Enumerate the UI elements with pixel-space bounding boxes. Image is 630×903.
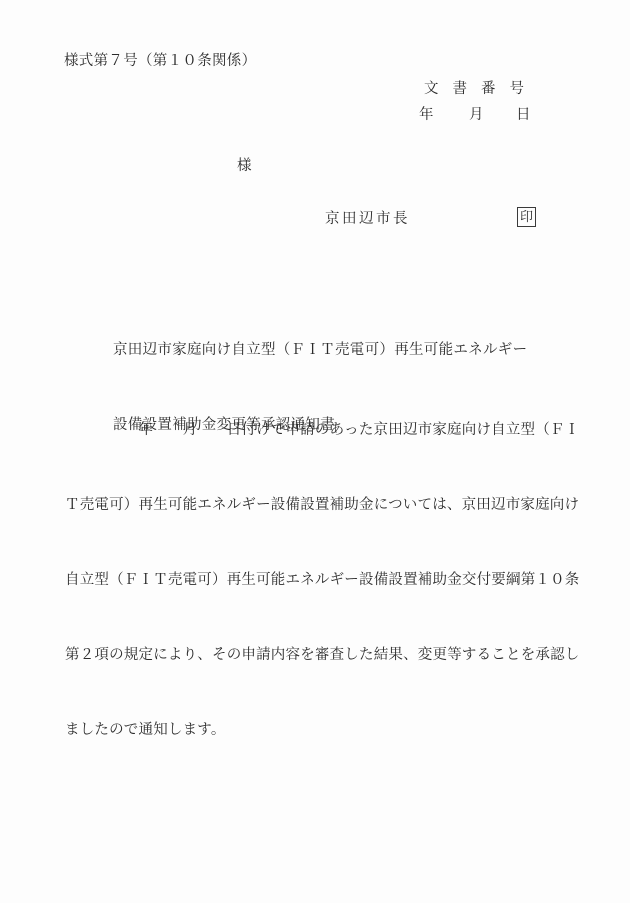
document-body: 年 月 日付けで申請のあった京田辺市家庭向け自立型（ＦＩ Ｔ売電可）再生可能エネ… <box>65 368 577 793</box>
date-line: 年 月 日 <box>419 106 549 196</box>
seal-mark: 印 <box>517 207 536 227</box>
date-month-label: 月 <box>469 106 484 124</box>
addressee-suffix: 様 <box>237 157 252 175</box>
body-line-5: ましたので通知します。 <box>65 718 577 743</box>
body-line-1: 年 月 日付けで申請のあった京田辺市家庭向け自立型（ＦＩ <box>65 418 577 443</box>
body-line-2: Ｔ売電可）再生可能エネルギー設備設置補助金については、京田辺市家庭向け <box>65 493 577 518</box>
sender-name: 京田辺市長 <box>325 210 410 228</box>
body-line-4: 第２項の規定により、その申請内容を審査した結果、変更等することを承認し <box>65 643 577 668</box>
document-title-line-1: 京田辺市家庭向け自立型（ＦＩＴ売電可）再生可能エネルギー <box>113 338 527 363</box>
body-line-3: 自立型（ＦＩＴ売電可）再生可能エネルギー設備設置補助金交付要綱第１０条 <box>65 568 577 593</box>
document-page: 様式第７号（第１０条関係） 文書番号 年 月 日 様 京田辺市長 印 京田辺市家… <box>0 0 630 903</box>
date-day-label: 日 <box>516 106 531 124</box>
form-number: 様式第７号（第１０条関係） <box>64 52 256 70</box>
document-number-label: 文書番号 <box>424 80 538 98</box>
date-year-label: 年 <box>419 106 434 124</box>
